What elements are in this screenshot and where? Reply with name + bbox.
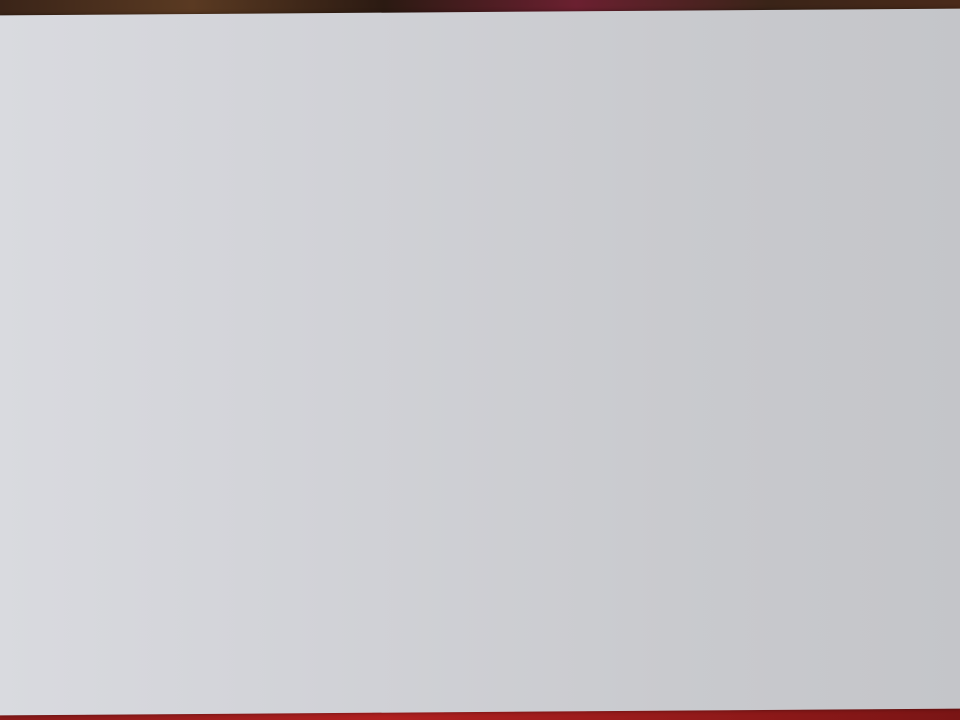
paper-sheet bbox=[0, 9, 960, 716]
document-page: POROZUMIENIE W SPRAWIE ELEKTRONICZNEGO P… bbox=[945, 5, 960, 695]
